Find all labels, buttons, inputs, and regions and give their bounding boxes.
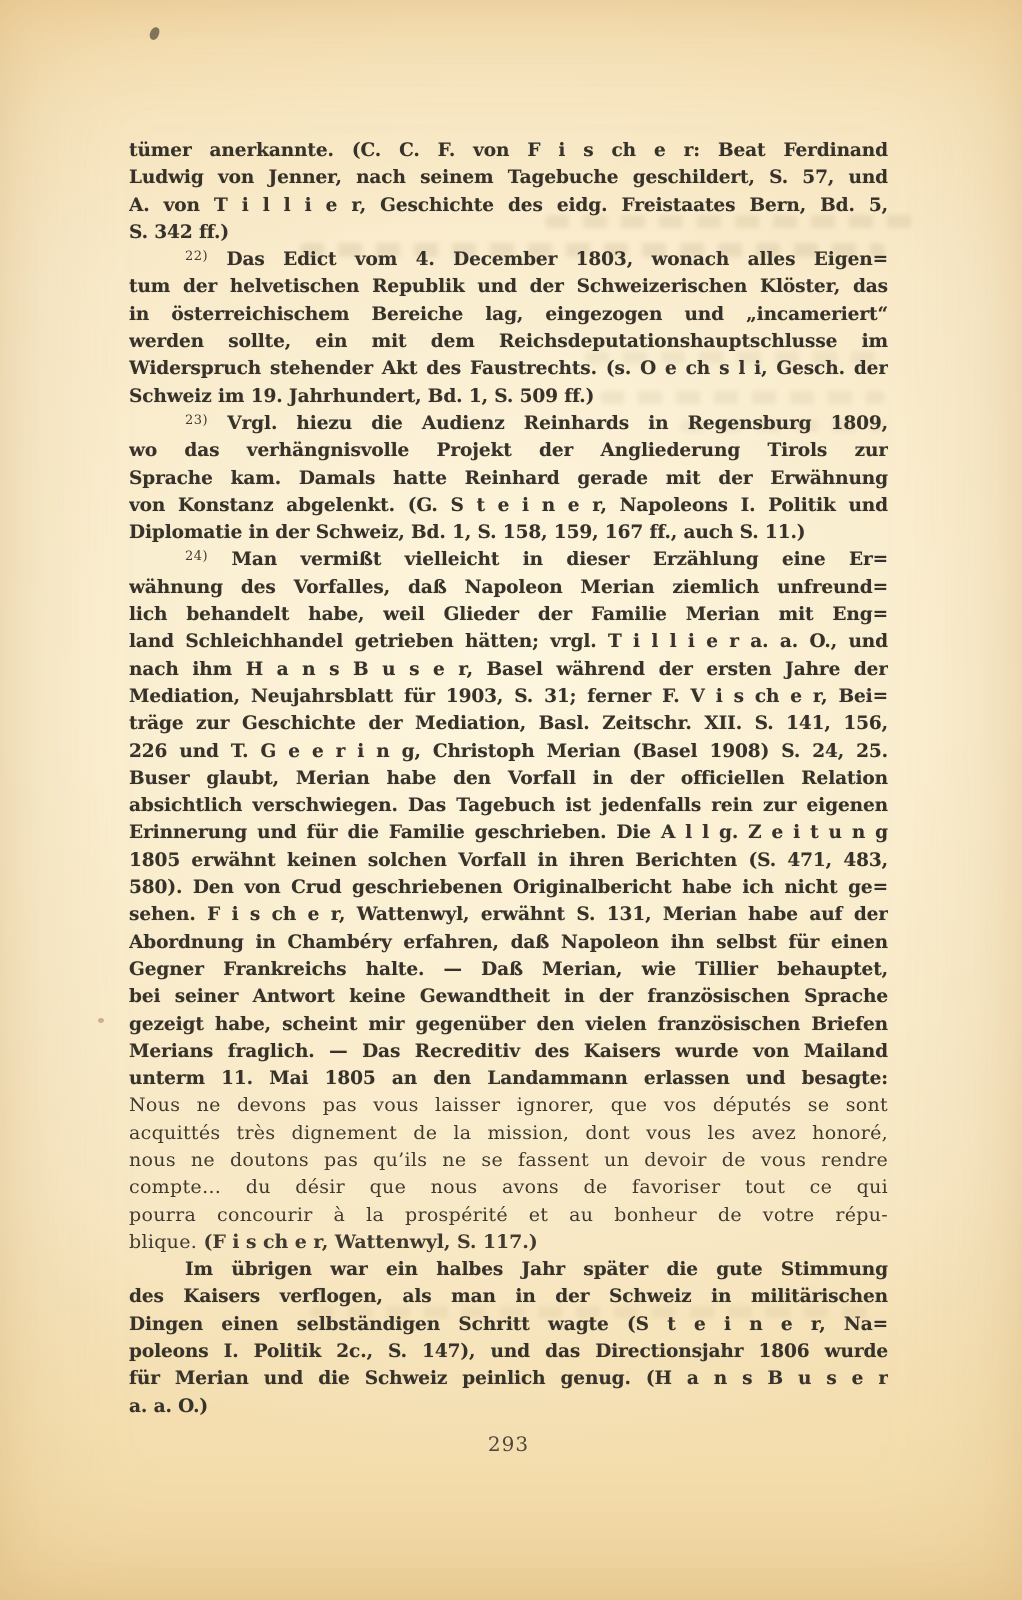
text-line: land Schleichhandel getrieben hätten; vr… xyxy=(129,628,888,655)
text-line: acquittés très dignement de la mission, … xyxy=(129,1120,888,1147)
text-line: unterm 11. Mai 1805 an den Landammann er… xyxy=(129,1065,888,1092)
footnote-marker: 24) xyxy=(185,549,208,564)
text-line: von Konstanz abgelenkt. (G. S t e i n e … xyxy=(129,492,888,519)
text-line: 580). Den von Crud geschriebenen Origina… xyxy=(129,874,888,901)
footnote-marker: 23) xyxy=(185,413,208,428)
text-line: Buser glaubt, Merian habe den Vorfall in… xyxy=(129,765,888,792)
text-line: Widerspruch stehender Akt des Faustrecht… xyxy=(129,355,888,382)
text-line: 1805 erwähnt keinen solchen Vorfall in i… xyxy=(129,847,888,874)
text-line: Mediation, Neujahrsblatt für 1903, S. 31… xyxy=(129,683,888,710)
text-segment: (F i s ch e r, Wattenwyl, S. 117.) xyxy=(203,1231,537,1253)
text-line: a. a. O.) xyxy=(129,1393,888,1420)
text-line: sehen. F i s ch e r, Wattenwyl, erwähnt … xyxy=(129,901,888,928)
margin-speck xyxy=(98,1018,104,1023)
text-line: des Kaisers verflogen, als man in der Sc… xyxy=(129,1283,888,1310)
text-line: tum der helvetischen Republik und der Sc… xyxy=(129,273,888,300)
text-line: Erinnerung und für die Familie geschrieb… xyxy=(129,819,888,846)
text-line: Dingen einen selbständigen Schritt wagte… xyxy=(129,1311,888,1338)
text-line: nach ihm H a n s B u s e r, Basel währen… xyxy=(129,656,888,683)
text-line: Ludwig von Jenner, nach seinem Tagebuche… xyxy=(129,164,888,191)
text-line: in österreichischem Bereiche lag, eingez… xyxy=(129,301,888,328)
text-line: Diplomatie in der Schweiz, Bd. 1, S. 158… xyxy=(129,519,888,546)
footnote-24-paragraph: 24) Man vermißt vielleicht in dieser Erz… xyxy=(129,546,888,1256)
text-line: wo das verhängnisvolle Projekt der Angli… xyxy=(129,437,888,464)
text-line: werden sollte, ein mit dem Reichsdeputat… xyxy=(129,328,888,355)
text-line: für Merian und die Schweiz peinlich genu… xyxy=(129,1365,888,1392)
text-line: gezeigt habe, scheint mir gegenüber den … xyxy=(129,1011,888,1038)
text-line: Sprache kam. Damals hatte Reinhard gerad… xyxy=(129,465,888,492)
text-line: blique. (F i s ch e r, Wattenwyl, S. 117… xyxy=(129,1229,888,1256)
text-block: tümer anerkannte. (C. C. F. von F i s ch… xyxy=(129,137,888,1420)
text-line: lich behandelt habe, weil Glieder der Fa… xyxy=(129,601,888,628)
text-line: tümer anerkannte. (C. C. F. von F i s ch… xyxy=(129,137,888,164)
text-segment: blique. xyxy=(129,1231,203,1253)
text-line: 24) Man vermißt vielleicht in dieser Erz… xyxy=(129,546,888,573)
text-line: nous ne doutons pas qu’ils ne se fassent… xyxy=(129,1147,888,1174)
closing-paragraph: Im übrigen war ein halbes Jahr später di… xyxy=(129,1256,888,1420)
text-line: träge zur Geschichte der Mediation, Basl… xyxy=(129,710,888,737)
text-line: poleons I. Politik 2c., S. 147), und das… xyxy=(129,1338,888,1365)
footnote-marker: 22) xyxy=(185,249,208,264)
text-line: absichtlich verschwiegen. Das Tagebuch i… xyxy=(129,792,888,819)
text-line: Schweiz im 19. Jahrhundert, Bd. 1, S. 50… xyxy=(129,383,888,410)
text-line: 22) Das Edict vom 4. December 1803, wona… xyxy=(129,246,888,273)
page-number: 293 xyxy=(129,1432,888,1456)
text-line: Nous ne devons pas vous laisser ignorer,… xyxy=(129,1092,888,1119)
text-line: S. 342 ff.) xyxy=(129,219,888,246)
text-line: bei seiner Antwort keine Gewandtheit in … xyxy=(129,983,888,1010)
text-line: wähnung des Vorfalles, daß Napoleon Meri… xyxy=(129,574,888,601)
footnote-21-continuation-paragraph: tümer anerkannte. (C. C. F. von F i s ch… xyxy=(129,137,888,246)
scanned-book-page: { "page": { "number": "293", "colors": {… xyxy=(0,0,1022,1600)
text-line: Abordnung in Chambéry erfahren, daß Napo… xyxy=(129,929,888,956)
text-line: pourra concourir à la prospérité et au b… xyxy=(129,1202,888,1229)
text-line: compte… du désir que nous avons de favor… xyxy=(129,1174,888,1201)
text-line: 226 und T. G e e r i n g, Christoph Meri… xyxy=(129,738,888,765)
text-line: A. von T i l l i e r, Geschichte des eid… xyxy=(129,192,888,219)
footnote-22-paragraph: 22) Das Edict vom 4. December 1803, wona… xyxy=(129,246,888,410)
text-line: 23) Vrgl. hiezu die Audienz Reinhards in… xyxy=(129,410,888,437)
text-line: Im übrigen war ein halbes Jahr später di… xyxy=(129,1256,888,1283)
footnote-23-paragraph: 23) Vrgl. hiezu die Audienz Reinhards in… xyxy=(129,410,888,546)
text-line: Merians fraglich. — Das Recreditiv des K… xyxy=(129,1038,888,1065)
text-line: Gegner Frankreichs halte. — Daß Merian, … xyxy=(129,956,888,983)
